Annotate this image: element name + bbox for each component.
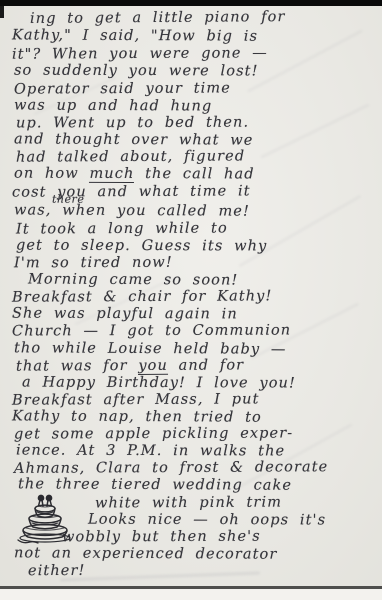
handwriting-line: a Happy Birthday! I love you! <box>22 375 296 392</box>
wedding-cake-sketch-icon <box>16 492 78 548</box>
handwriting-line: Looks nice — oh oops it's <box>88 512 326 529</box>
handwriting-line: Breakfast & chair for Kathy! <box>12 288 272 305</box>
handwriting-line: Kathy to nap, then tried to <box>12 408 262 425</box>
show-through-mark <box>60 572 260 582</box>
handwriting-line: Breakfast after Mass, I put <box>12 391 260 408</box>
handwriting-line: get some apple pickling exper- <box>14 426 293 443</box>
handwriting-line: tho while Louise held baby — <box>14 340 287 357</box>
handwriting-line: on how much the call had <box>14 166 255 183</box>
handwriting-line: was, when you called me! there <box>14 202 250 219</box>
paper-top-edge-notch <box>0 6 4 18</box>
handwriting-line: Church — I got to Communion <box>12 323 291 340</box>
handwriting-line: cost you and what time it <box>12 183 251 200</box>
line-text: was, when you called me! <box>14 202 250 219</box>
show-through-mark <box>261 104 370 158</box>
handwriting-line: ience. At 3 P.M. in walks the <box>16 443 285 460</box>
handwriting-line: Morning came so soon! <box>28 271 238 288</box>
paper-bottom-edge <box>0 589 382 600</box>
letter-page: ing to get a little piano for Kathy," I … <box>0 0 382 600</box>
handwriting-line: get to sleep. Guess its why <box>16 238 267 255</box>
handwriting-line: Ahmans, Clara to frost & decorate <box>14 459 328 477</box>
handwriting-line: It took a long while to <box>16 220 228 237</box>
handwriting-line: I'm so tired now! <box>14 255 173 272</box>
underlined-word: you <box>138 358 168 375</box>
line-text: the call had <box>134 166 254 182</box>
show-through-mark <box>239 195 361 267</box>
line-text: on how <box>14 166 90 182</box>
handwriting-line: was up and had hung <box>14 97 212 114</box>
handwriting-line: that was for you and for <box>16 357 244 374</box>
handwriting-line: wobbly but then she's <box>62 529 261 546</box>
handwriting-line: She was playful again in <box>12 306 238 323</box>
inserted-word: there <box>52 193 84 206</box>
handwriting-line: and thought over what we <box>14 131 254 148</box>
paper-top-edge <box>0 0 382 6</box>
line-text: that was for <box>16 358 138 375</box>
handwriting-line: Operator said your time <box>14 80 231 97</box>
handwriting-line: it"? When you were gone — <box>12 45 268 62</box>
underlined-word: much <box>89 166 134 183</box>
line-text: and for <box>168 357 244 373</box>
handwriting-line: up. Went up to bed then. <box>16 115 249 132</box>
handwriting-line: ing to get a little piano for <box>30 9 286 27</box>
handwriting-line: either! <box>28 563 85 579</box>
handwriting-line: had talked about, figured <box>16 148 245 165</box>
handwriting-line: Kathy," I said, "How big is <box>12 27 258 44</box>
handwriting-line: white with pink trim <box>95 495 282 512</box>
handwriting-line: so suddenly you were lost! <box>14 63 259 80</box>
